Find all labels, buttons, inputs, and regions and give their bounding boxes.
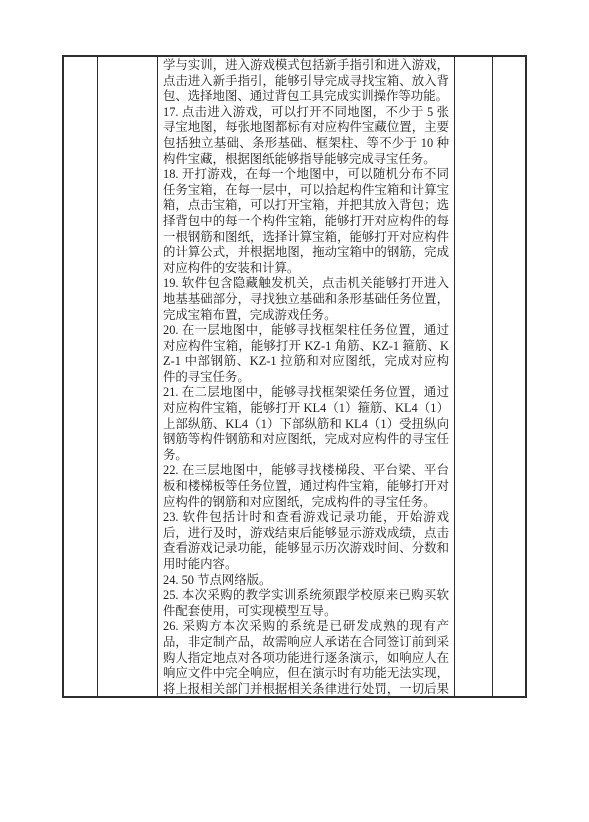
table-cell-col1-empty bbox=[64, 57, 98, 696]
table-cell-col5-empty bbox=[493, 57, 525, 696]
spec-paragraph: 18. 开打游戏，在每一个地图中，可以随机分布不同任务宝箱，在每一层中，可以拾起… bbox=[163, 167, 449, 276]
spec-paragraph: 24. 50 节点网络版。 bbox=[163, 573, 449, 589]
spec-paragraph: 25. 本次采购的教学实训系统须跟学校原来已购买软件配套使用，可实现模型互导。 bbox=[163, 588, 449, 619]
spec-paragraph: 22. 在三层地图中，能够寻找楼梯段、平台梁、平台板和楼梯板等任务位置，通过构件… bbox=[163, 463, 449, 510]
spec-paragraph: 学与实训，进入游戏模式包括新手指引和进入游戏，点击进入新手指引，能够引导完成寻找… bbox=[163, 58, 449, 105]
spec-paragraph: 20. 在一层地图中，能够寻找框架柱任务位置，通过对应构件宝箱，能够打开 KZ-… bbox=[163, 323, 449, 385]
spec-paragraph: 21. 在二层地图中，能够寻找框架梁任务位置，通过对应构件宝箱，能够打开 KL4… bbox=[163, 385, 449, 463]
table-cell-spec-text: 学与实训，进入游戏模式包括新手指引和进入游戏，点击进入新手指引，能够引导完成寻找… bbox=[158, 57, 455, 696]
document-page: 学与实训，进入游戏模式包括新手指引和进入游戏，点击进入新手指引，能够引导完成寻找… bbox=[0, 0, 589, 822]
table-cell-col4-empty bbox=[455, 57, 493, 696]
spec-paragraph: 17. 点击进入游戏，可以打开不同地图，不少于 5 张寻宝地图，每张地图都标有对… bbox=[163, 105, 449, 167]
spec-paragraph: 19. 软件包含隐藏触发机关，点击机关能够打开进入地基基础部分，寻找独立基础和条… bbox=[163, 276, 449, 323]
spec-paragraph: 26. 采购方本次采购的系统是已研发成熟的现有产品，非定制产品，故需响应人承诺在… bbox=[163, 619, 449, 696]
table-cell-col2-empty bbox=[98, 57, 158, 696]
spec-table: 学与实训，进入游戏模式包括新手指引和进入游戏，点击进入新手指引，能够引导完成寻找… bbox=[62, 55, 527, 698]
spec-paragraph: 23. 软件包括计时和查看游戏记录功能，开始游戏后，进行及时，游戏结束后能够显示… bbox=[163, 510, 449, 572]
